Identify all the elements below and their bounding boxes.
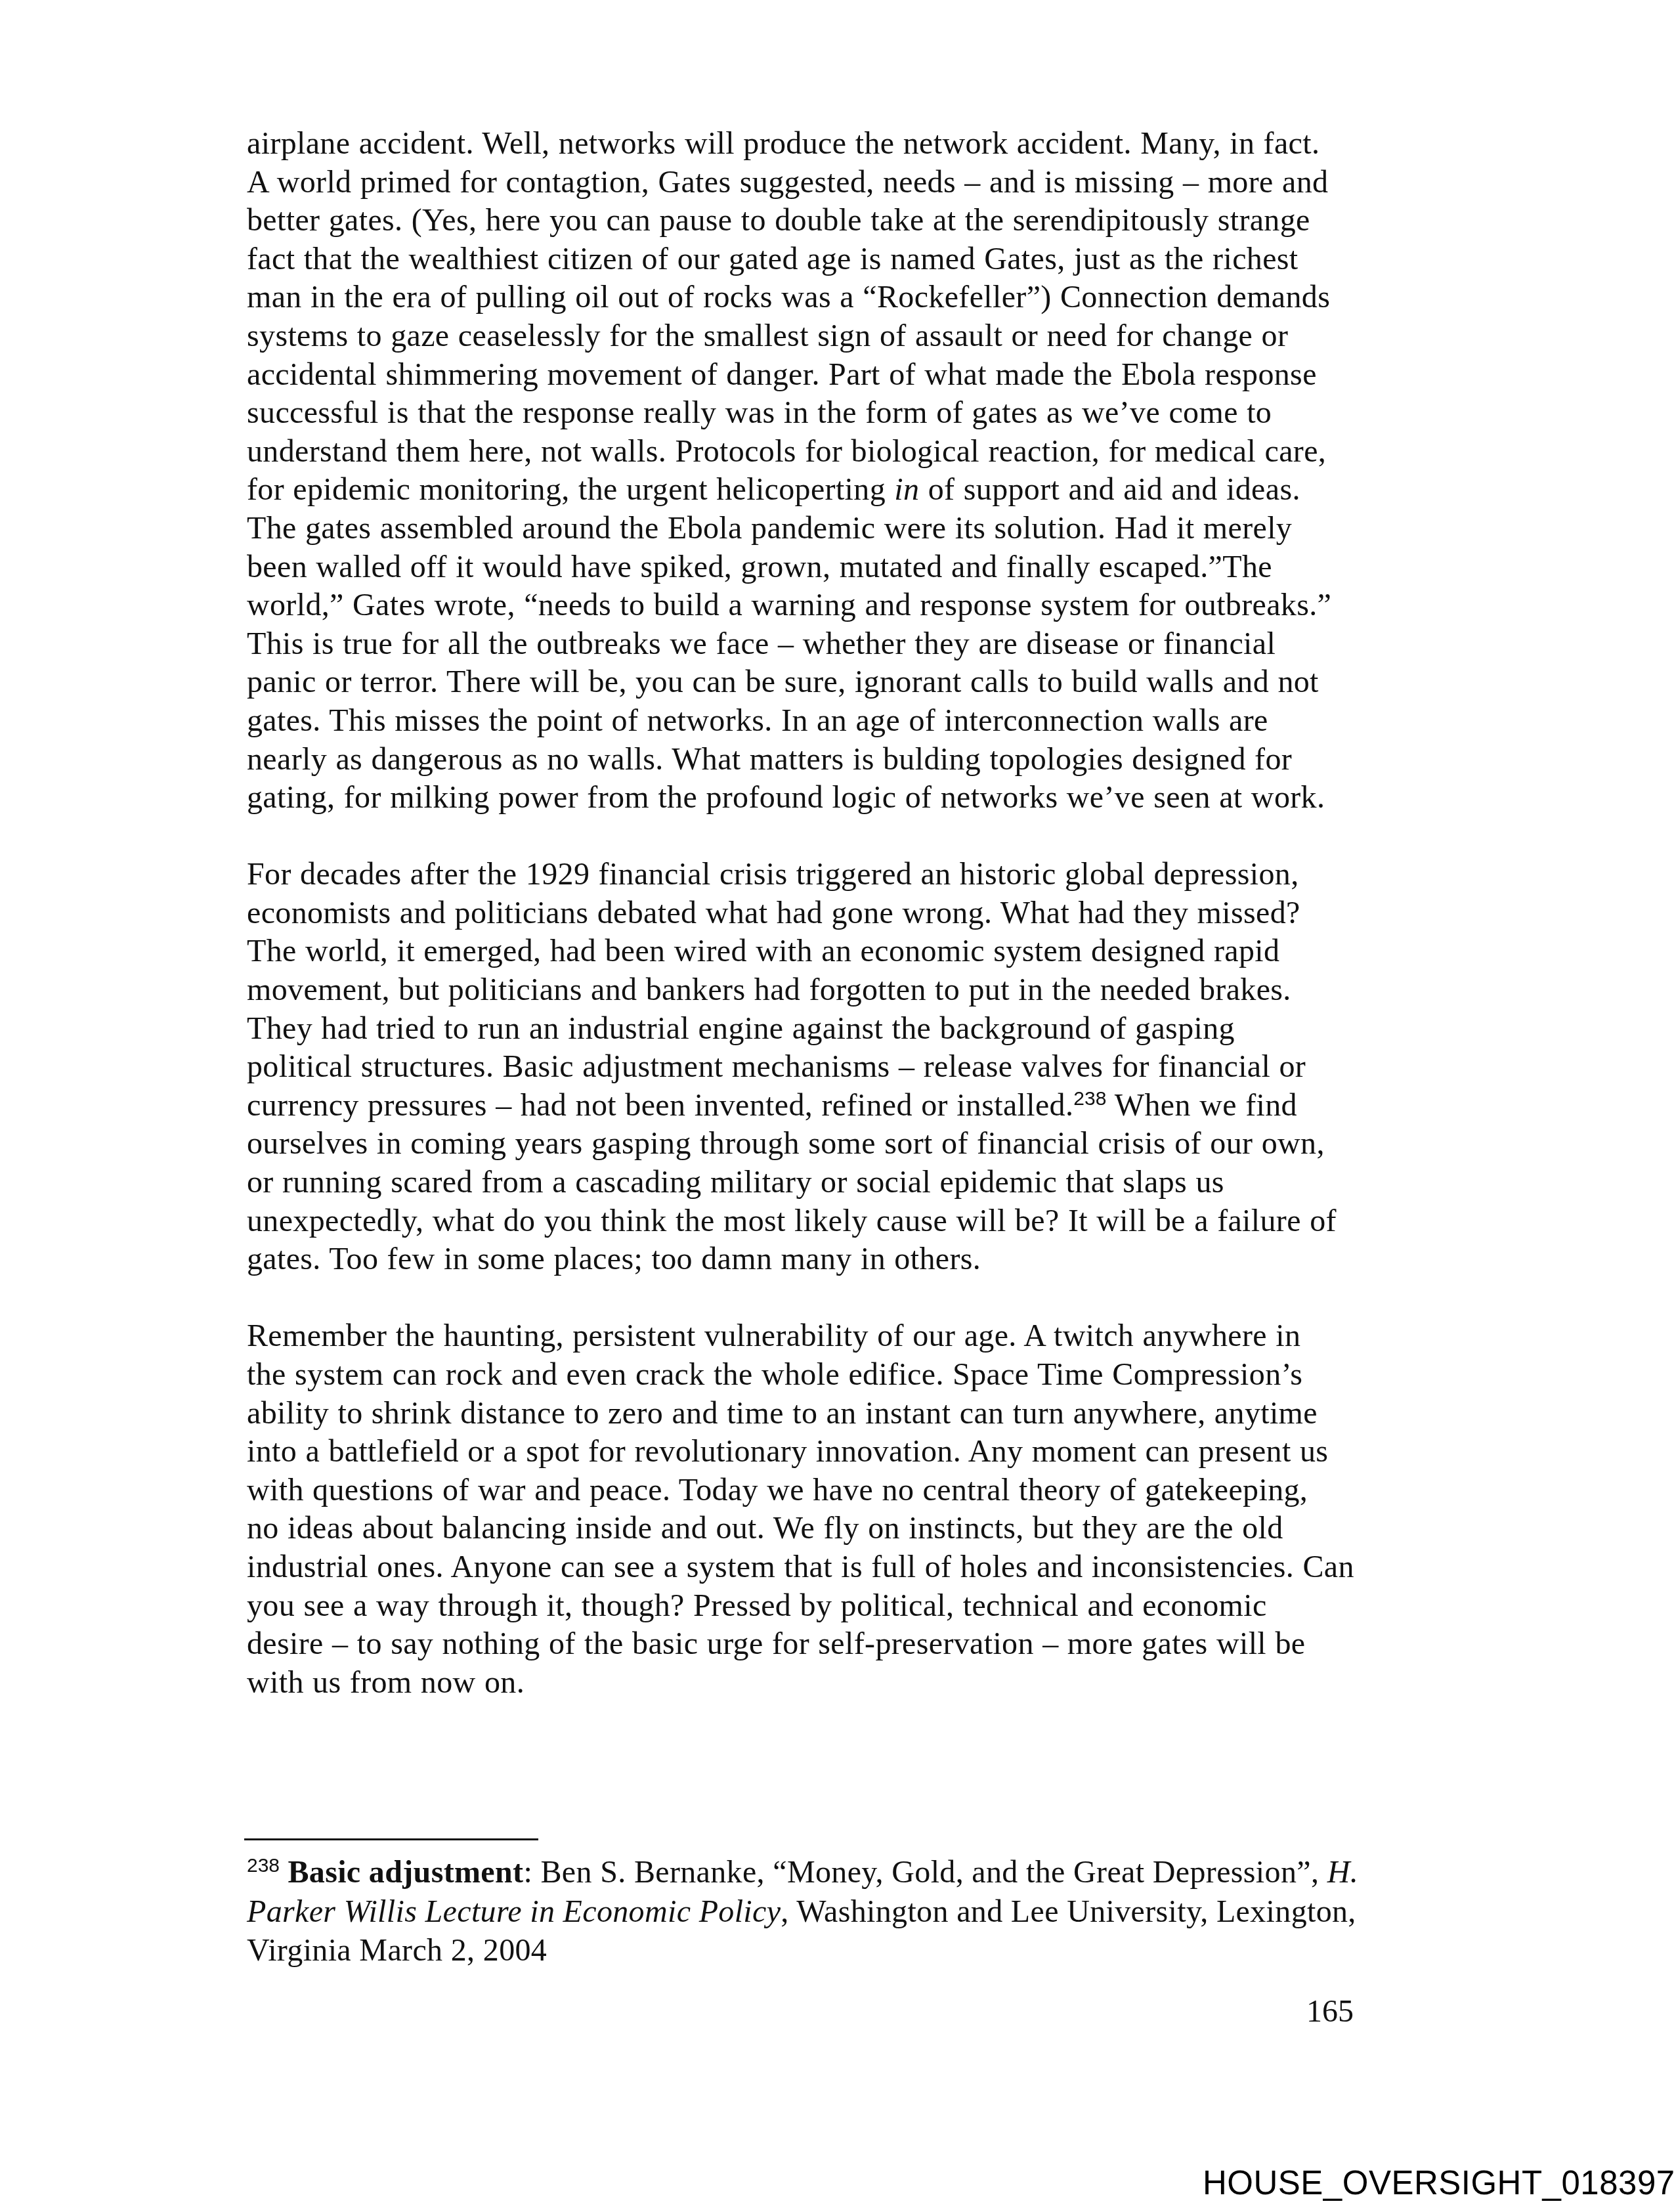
- text-line: you see a way through it, though? Presse…: [247, 1587, 1422, 1626]
- text-line: industrial ones. Anyone can see a system…: [247, 1548, 1422, 1587]
- text-line: gates. This misses the point of networks…: [247, 702, 1422, 741]
- text-line: political structures. Basic adjustment m…: [247, 1048, 1422, 1087]
- footnote-line: Parker Willis Lecture in Economic Policy…: [247, 1892, 1422, 1932]
- text-line: man in the era of pulling oil out of roc…: [247, 278, 1422, 317]
- text-line: with us from now on.: [247, 1664, 1422, 1702]
- text-line: accidental shimmering movement of danger…: [247, 356, 1422, 395]
- paragraph-3: Remember the haunting, persistent vulner…: [247, 1317, 1422, 1702]
- footnote-line: Virginia March 2, 2004: [247, 1931, 1422, 1970]
- text-line: Remember the haunting, persistent vulner…: [247, 1317, 1422, 1356]
- bates-stamp: HOUSE_OVERSIGHT_018397: [1203, 2164, 1674, 2202]
- footnote-reference[interactable]: 238: [1073, 1088, 1106, 1110]
- text-segment: currency pressures – had not been invent…: [247, 1088, 1073, 1123]
- footnote-text: , Washington and Lee University, Lexingt…: [781, 1894, 1356, 1929]
- text-line: economists and politicians debated what …: [247, 894, 1422, 933]
- text-line: gates. Too few in some places; too damn …: [247, 1240, 1422, 1279]
- text-line: been walled off it would have spiked, gr…: [247, 548, 1422, 587]
- italic-emphasis: in: [894, 472, 919, 507]
- text-line: with questions of war and peace. Today w…: [247, 1471, 1422, 1510]
- text-line: ourselves in coming years gasping throug…: [247, 1125, 1422, 1163]
- text-line: or running scared from a cascading milit…: [247, 1163, 1422, 1202]
- text-line: A world primed for contagtion, Gates sug…: [247, 163, 1422, 202]
- text-line: ability to shrink distance to zero and t…: [247, 1395, 1422, 1433]
- text-line: no ideas about balancing inside and out.…: [247, 1509, 1422, 1548]
- text-line: the system can rock and even crack the w…: [247, 1356, 1422, 1395]
- text-line: This is true for all the outbreaks we fa…: [247, 625, 1422, 664]
- paragraph-1: airplane accident. Well, networks will p…: [247, 125, 1422, 817]
- text-line: currency pressures – had not been invent…: [247, 1087, 1422, 1125]
- text-line: The world, it emerged, had been wired wi…: [247, 932, 1422, 971]
- text-line: They had tried to run an industrial engi…: [247, 1010, 1422, 1049]
- text-line: panic or terror. There will be, you can …: [247, 663, 1422, 702]
- footnote-title: Basic adjustment: [288, 1855, 523, 1890]
- text-segment: When we find: [1106, 1088, 1297, 1123]
- footnote-separator: [244, 1838, 538, 1840]
- page-number: 165: [1306, 1993, 1352, 2030]
- text-line: successful is that the response really w…: [247, 394, 1422, 433]
- document-page: airplane accident. Well, networks will p…: [0, 0, 1674, 2212]
- footnote-238: 238 Basic adjustment: Ben S. Bernanke, “…: [247, 1853, 1422, 1970]
- footnote-line: 238 Basic adjustment: Ben S. Bernanke, “…: [247, 1853, 1422, 1892]
- footnote-text: Ben S. Bernanke, “Money, Gold, and the G…: [532, 1855, 1327, 1890]
- text-line: airplane accident. Well, networks will p…: [247, 125, 1422, 163]
- body-text: airplane accident. Well, networks will p…: [247, 125, 1422, 1741]
- text-line: fact that the wealthiest citizen of our …: [247, 240, 1422, 279]
- text-segment: of support and aid and ideas.: [919, 472, 1300, 507]
- text-line: understand them here, not walls. Protoco…: [247, 433, 1422, 471]
- text-line: into a battlefield or a spot for revolut…: [247, 1433, 1422, 1471]
- text-line: for epidemic monitoring, the urgent heli…: [247, 471, 1422, 510]
- footnote-number: 238: [247, 1855, 280, 1876]
- text-line: better gates. (Yes, here you can pause t…: [247, 202, 1422, 240]
- text-line: movement, but politicians and bankers ha…: [247, 971, 1422, 1010]
- text-line: The gates assembled around the Ebola pan…: [247, 510, 1422, 548]
- text-line: For decades after the 1929 financial cri…: [247, 856, 1422, 894]
- text-line: desire – to say nothing of the basic urg…: [247, 1625, 1422, 1664]
- text-line: nearly as dangerous as no walls. What ma…: [247, 741, 1422, 779]
- text-segment: for epidemic monitoring, the urgent heli…: [247, 472, 894, 507]
- footnote-italic: Parker Willis Lecture in Economic Policy: [247, 1894, 781, 1929]
- footnote-italic: H.: [1327, 1855, 1358, 1890]
- text-line: world,” Gates wrote, “needs to build a w…: [247, 586, 1422, 625]
- footnote-colon: :: [523, 1855, 532, 1890]
- text-line: unexpectedly, what do you think the most…: [247, 1202, 1422, 1241]
- text-line: gating, for milking power from the profo…: [247, 779, 1422, 817]
- paragraph-2: For decades after the 1929 financial cri…: [247, 856, 1422, 1279]
- text-line: systems to gaze ceaselessly for the smal…: [247, 317, 1422, 356]
